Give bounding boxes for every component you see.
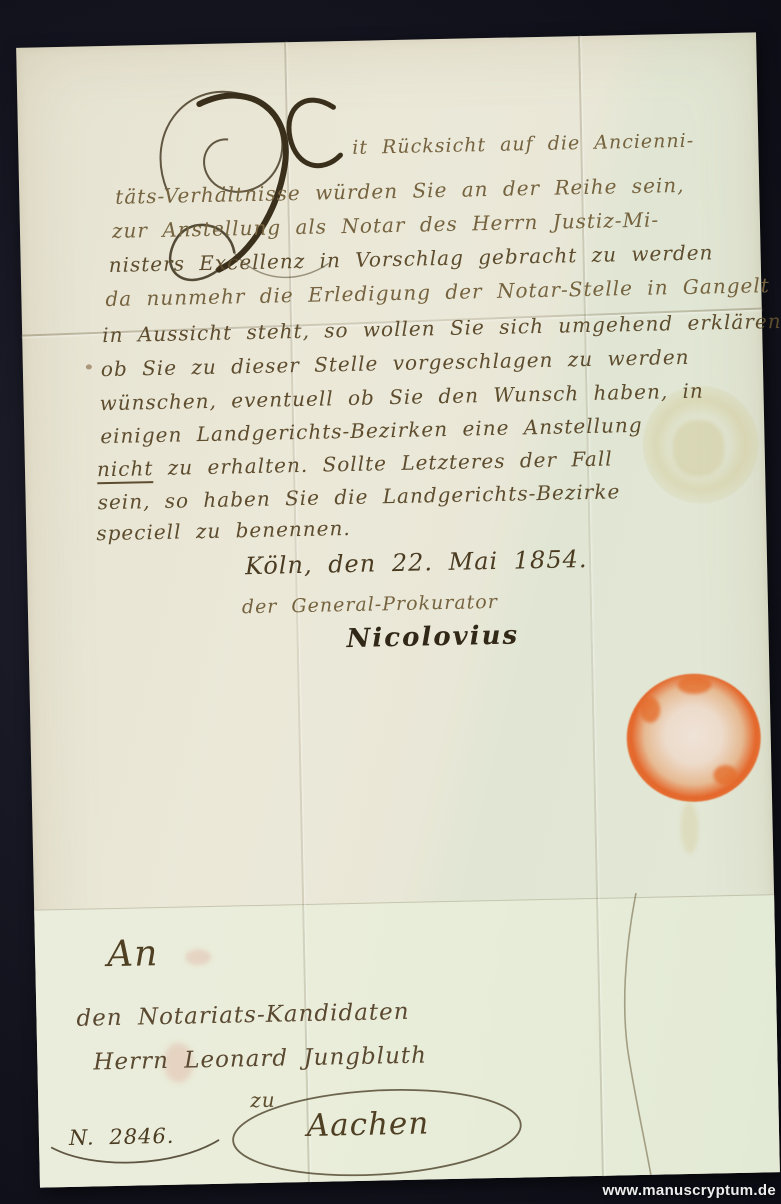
body-line-8-text: wünschen, eventuell ob Sie den Wunsch ha… (99, 379, 704, 416)
seal-blotch (640, 697, 661, 723)
body-line-12-text: speciell zu benennen. (96, 516, 351, 545)
body-line-12: speciell zu benennen. (96, 516, 351, 545)
letter-sheet: it Rücksicht auf die Ancienni- täts-Verh… (16, 32, 780, 1187)
body-line-6: in Aussicht steht, so wollen Sie sich um… (102, 309, 781, 347)
body-line-11: sein, so haben Sie die Landgerichts-Bezi… (97, 479, 620, 514)
registry-number: N. 2846. (69, 1124, 175, 1150)
signature: Nicolovius (346, 620, 519, 654)
body-line-10: nicht zu erhalten. Sollte Letzteres der … (97, 446, 613, 481)
body-line-9-text: einigen Landgerichts-Bezirken eine Anste… (100, 413, 643, 448)
body-line-7-text: ob Sie zu dieser Stelle vorgeschlagen zu… (101, 345, 690, 381)
body-line-6-text: in Aussicht steht, so wollen Sie sich um… (102, 309, 781, 347)
body-line-1: it Rücksicht auf die Ancienni- (352, 130, 694, 159)
dateline: Köln, den 22. Mai 1854. (245, 545, 588, 580)
paper-tear-line (612, 892, 682, 1175)
body-line-10-text: zu erhalten. Sollte Letzteres der Fall (153, 446, 613, 480)
address-city: Aachen (306, 1105, 429, 1144)
body-line-1-text: it Rücksicht auf die Ancienni- (352, 130, 694, 159)
body-line-8: wünschen, eventuell ob Sie den Wunsch ha… (99, 379, 704, 416)
seal-drip-stain (680, 802, 699, 854)
signer-title: der General-Prokurator (242, 591, 498, 618)
body-line-7: ob Sie zu dieser Stelle vorgeschlagen zu… (101, 345, 690, 381)
seal-blotch (677, 675, 711, 694)
photograph-of-letter: it Rücksicht auf die Ancienni- täts-Verh… (0, 0, 781, 1204)
faint-paper-seal-core (672, 419, 725, 476)
seal-blotch (713, 765, 737, 785)
underlined-word: nicht (97, 456, 154, 484)
body-line-11-text: sein, so haben Sie die Landgerichts-Bezi… (97, 479, 620, 514)
address-salutation: An (107, 933, 159, 975)
red-wax-seal (625, 672, 762, 803)
body-line-9: einigen Landgerichts-Bezirken eine Anste… (100, 413, 643, 448)
watermark-text: www.manuscryptum.de (602, 1182, 776, 1199)
ink-stain-dot (86, 364, 92, 369)
